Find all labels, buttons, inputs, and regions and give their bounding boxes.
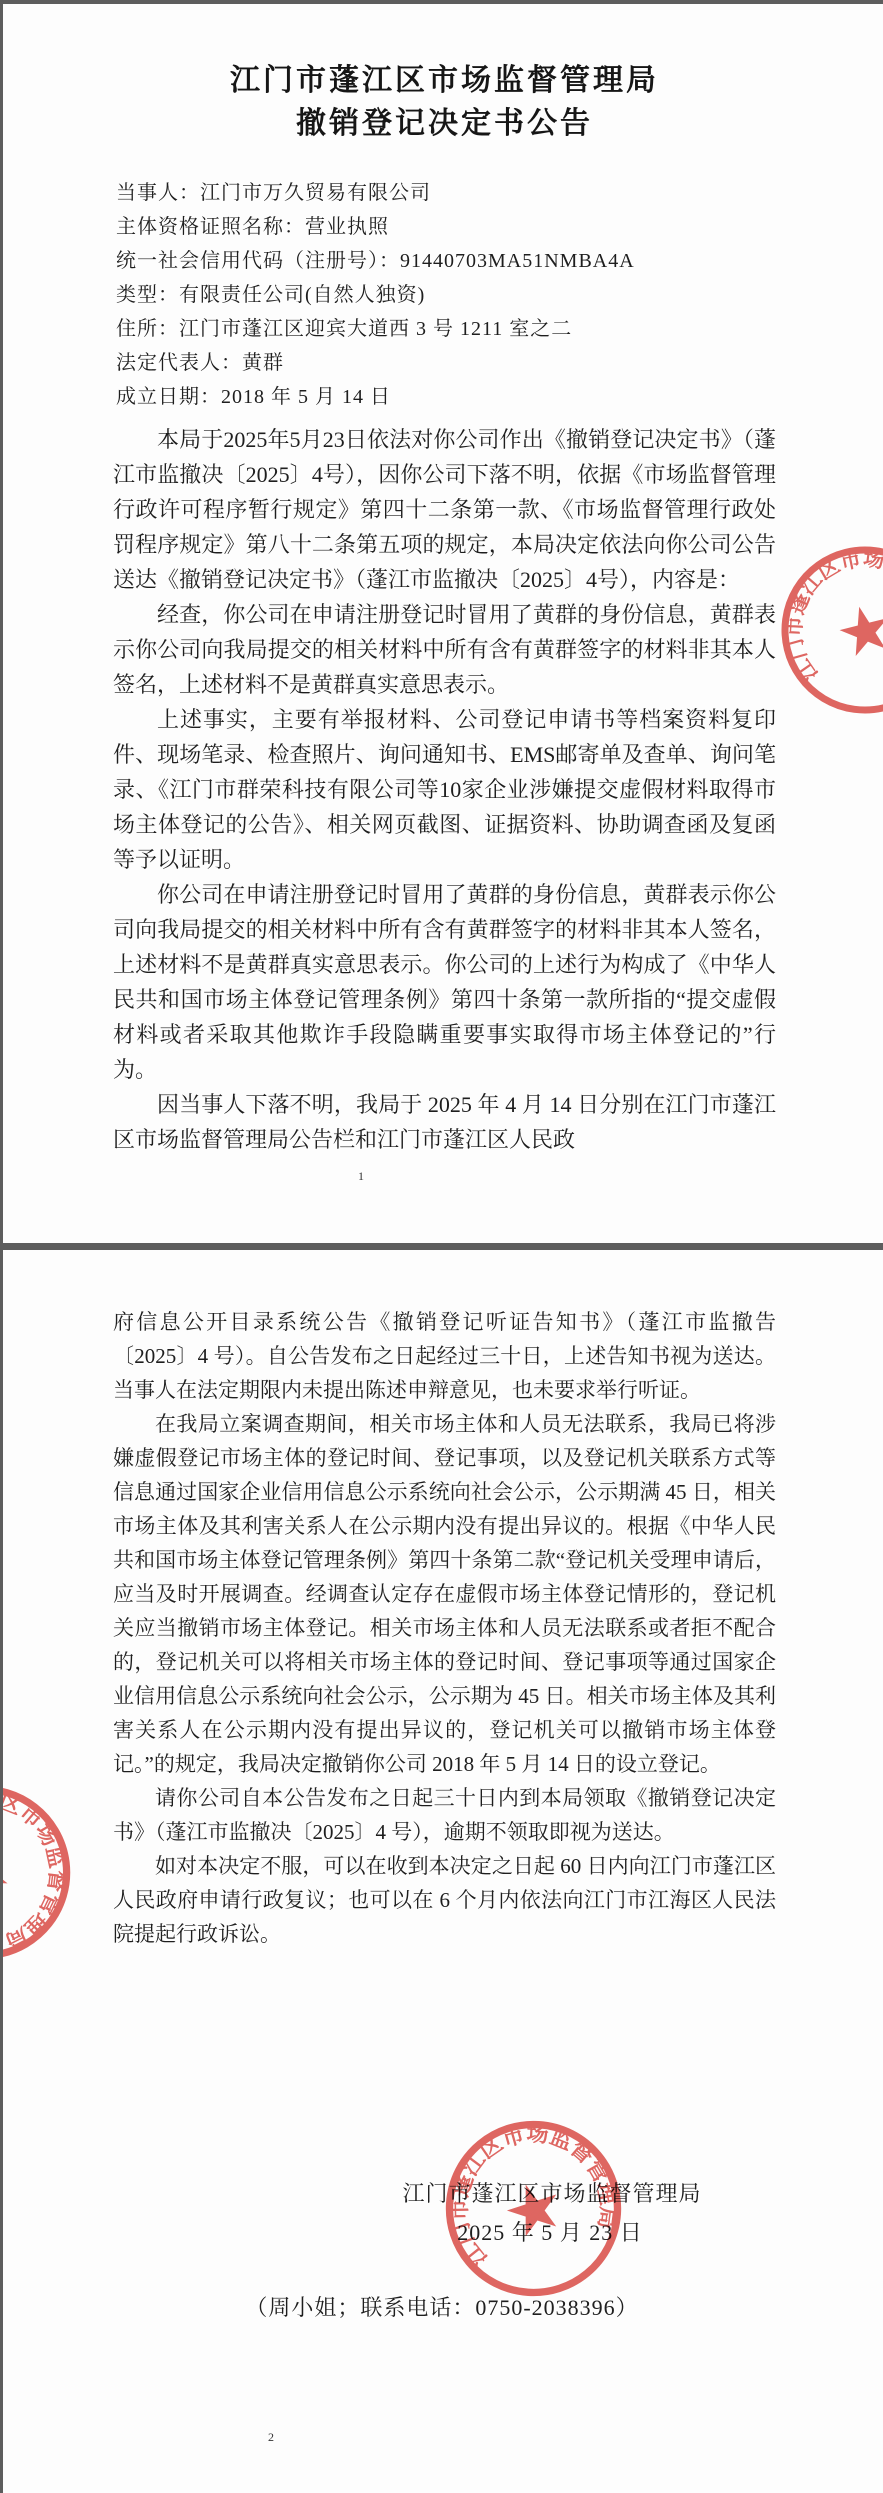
page-number-1: 1: [358, 1169, 364, 1184]
seal-star-icon: [3, 1837, 19, 1907]
document-viewer: { "page1": { "title_line1": "江门市蓬江区市场监督管…: [0, 0, 883, 2493]
paragraph: 上述事实，主要有举报材料、公司登记申请书等档案资料复印件、现场笔录、检查照片、询…: [113, 702, 776, 877]
paragraph: 经查，你公司在申请注册登记时冒用了黄群的身份信息，黄群表示你公司向我局提交的相关…: [113, 597, 776, 702]
official-seal-icon: 江门市蓬江区市场监督管理局: [3, 1741, 115, 2003]
paragraph: 如对本决定不服，可以在收到本决定之日起 60 日内向江门市蓬江区人民政府申请行政…: [113, 1849, 776, 1951]
svg-text:江门市蓬江区市场监督管理局: 江门市蓬江区市场监督管理局: [764, 529, 883, 694]
document-page-2: 府信息公开目录系统公告《撤销登记听证告知书》（蓬江市监撤告〔2025〕4 号）。…: [3, 1250, 883, 2493]
info-license-name: 主体资格证照名称：营业执照: [116, 210, 779, 244]
document-title: 江门市蓬江区市场监督管理局 撤销登记决定书公告: [113, 59, 776, 145]
paragraph: 府信息公开目录系统公告《撤销登记听证告知书》（蓬江市监撤告〔2025〕4 号）。…: [113, 1305, 776, 1407]
info-party: 当事人：江门市万久贸易有限公司: [116, 176, 779, 210]
page1-body-text: 本局于2025年5月23日依法对你公司作出《撤销登记决定书》（蓬江市监撤决〔20…: [113, 422, 776, 1157]
paragraph: 在我局立案调查期间，相关市场主体和人员无法联系，我局已将涉嫌虚假登记市场主体的登…: [113, 1407, 776, 1781]
document-page-1: 江门市蓬江区市场监督管理局 撤销登记决定书公告 当事人：江门市万久贸易有限公司 …: [3, 4, 883, 1243]
info-establish-date: 成立日期：2018 年 5 月 14 日: [116, 380, 779, 414]
paragraph: 请你公司自本公告发布之日起三十日内到本局领取《撤销登记决定书》（蓬江市监撤决〔2…: [113, 1781, 776, 1849]
info-credit-code: 统一社会信用代码（注册号）：91440703MA51NMBA4A: [116, 244, 779, 278]
info-legal-representative: 法定代表人：黄群: [116, 346, 779, 380]
document-title-line2: 撤销登记决定书公告: [113, 102, 776, 145]
document-title-line1: 江门市蓬江区市场监督管理局: [113, 59, 776, 102]
page2-body-text: 府信息公开目录系统公告《撤销登记听证告知书》（蓬江市监撤告〔2025〕4 号）。…: [113, 1305, 776, 1951]
seal-text: 江门市蓬江区市场监督管理局: [3, 1751, 105, 1962]
seal-text: 江门市蓬江区市场监督管理局: [764, 529, 883, 694]
info-company-type: 类型：有限责任公司(自然人独资): [116, 278, 779, 312]
party-info-block: 当事人：江门市万久贸易有限公司 主体资格证照名称：营业执照 统一社会信用代码（注…: [116, 176, 779, 414]
svg-text:江门市蓬江区市场监督管理局: 江门市蓬江区市场监督管理局: [3, 1751, 105, 1962]
seal-star-icon: [501, 2177, 566, 2240]
page-number-2: 2: [268, 2430, 274, 2445]
info-address: 住所：江门市蓬江区迎宾大道西 3 号 1211 室之二: [116, 312, 779, 346]
paragraph: 你公司在申请注册登记时冒用了黄群的身份信息，黄群表示你公司向我局提交的相关材料中…: [113, 877, 776, 1087]
paragraph: 本局于2025年5月23日依法对你公司作出《撤销登记决定书》（蓬江市监撤决〔20…: [113, 422, 776, 597]
paragraph: 因当事人下落不明，我局于 2025 年 4 月 14 日分别在江门市蓬江区市场监…: [113, 1087, 776, 1157]
seal-star-icon: [835, 601, 883, 659]
contact-line: （周小姐；联系电话：0750-2038396）: [245, 2291, 638, 2322]
